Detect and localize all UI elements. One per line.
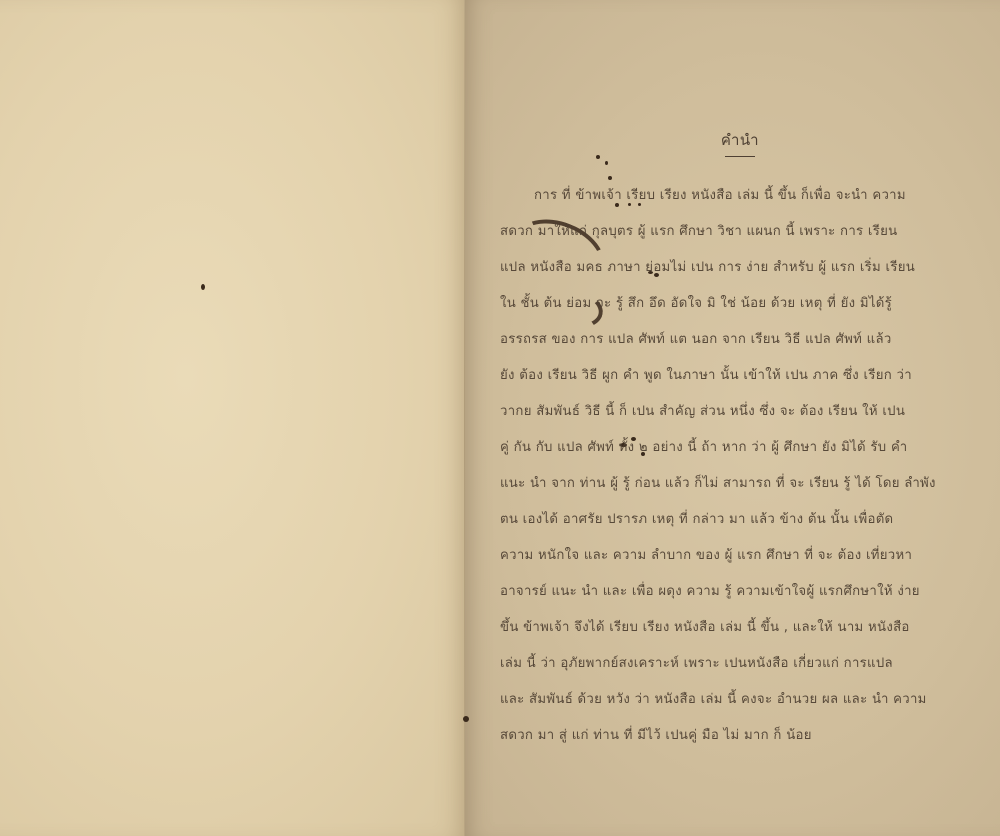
ink-speck — [605, 161, 608, 165]
text-line: คู่ กัน กับ แปล ศัพท์ ทั้ง ๒ อย่าง นี้ ถ… — [500, 436, 907, 457]
text-line: แปล หนังสือ มคธ ภาษา ย่อมไม่ เปน การ ง่า… — [500, 256, 915, 277]
text-line: ยัง ต้อง เรียน วิธี ผูก คำ พูด ในภาษา นั… — [500, 364, 912, 385]
text-line: แนะ นำ จาก ท่าน ผู้ รู้ ก่อน แล้ว ก็ไม่ … — [500, 472, 936, 493]
text-line: สดวก มาให้แก่ กุลบุตร ผู้ แรก ศึกษา วิชา… — [500, 220, 897, 241]
preface-text: คำนำ การ ที่ ข้าพเจ้า เรียบ เรียง หนังสื… — [500, 128, 950, 157]
page-heading: คำนำ — [530, 128, 950, 152]
book-spread: คำนำ การ ที่ ข้าพเจ้า เรียบ เรียง หนังสื… — [0, 0, 1000, 836]
text-line: วากย สัมพันธ์ วิธี นี้ ก็ เปน สำคัญ ส่วน… — [500, 400, 905, 421]
ink-speck — [463, 716, 469, 722]
text-line: ตน เองได้ อาศรัย ปรารภ เหตุ ที่ กล่าว มา… — [500, 508, 893, 529]
text-line: ความ หนักใจ และ ความ ลำบาก ของ ผู้ แรก ศ… — [500, 544, 912, 565]
ink-speck — [608, 176, 612, 180]
text-line: อาจารย์ แนะ นำ และ เพื่อ ผดุง ความ รู้ ค… — [500, 580, 920, 601]
heading-underline — [725, 156, 755, 157]
text-line: การ ที่ ข้าพเจ้า เรียบ เรียง หนังสือ เล่… — [534, 184, 906, 205]
text-line: สดวก มา สู่ แก่ ท่าน ที่ มีไว้ เปนคู่ มื… — [500, 724, 812, 745]
text-line: และ สัมพันธ์ ด้วย หวัง ว่า หนังสือ เล่ม … — [500, 688, 927, 709]
text-line: ขึ้น ข้าพเจ้า จึงได้ เรียบ เรียง หนังสือ… — [500, 616, 910, 637]
left-page — [0, 0, 465, 836]
ink-speck — [201, 284, 205, 290]
text-line: อรรถรส ของ การ แปล ศัพท์ แต นอก จาก เรีย… — [500, 328, 892, 349]
text-line: เล่ม นี้ ว่า อุภัยพากย์สงเคราะห์ เพราะ เ… — [500, 652, 893, 673]
text-line: ใน ชั้น ต้น ย่อม จะ รู้ สึก อึด อัดใจ มิ… — [500, 292, 892, 313]
